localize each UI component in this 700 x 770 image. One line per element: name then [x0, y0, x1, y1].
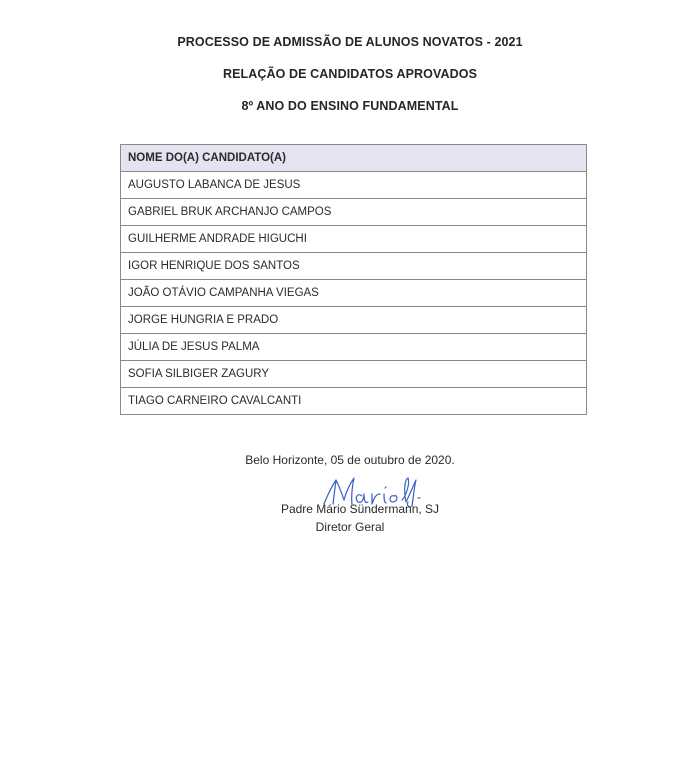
column-header-candidate-name: NOME DO(A) CANDIDATO(A) [121, 145, 587, 172]
approved-candidates-table: NOME DO(A) CANDIDATO(A) AUGUSTO LABANCA … [120, 144, 587, 415]
signer-role: Diretor Geral [0, 520, 700, 534]
table-row: JÚLIA DE JESUS PALMA [121, 334, 587, 361]
candidate-name: AUGUSTO LABANCA DE JESUS [121, 172, 587, 199]
table-row: JORGE HUNGRIA E PRADO [121, 307, 587, 334]
document-grade-level: 8º ANO DO ENSINO FUNDAMENTAL [0, 99, 700, 113]
candidate-name: GUILHERME ANDRADE HIGUCHI [121, 226, 587, 253]
document-subtitle: RELAÇÃO DE CANDIDATOS APROVADOS [0, 67, 700, 81]
table-row: GUILHERME ANDRADE HIGUCHI [121, 226, 587, 253]
table-body: AUGUSTO LABANCA DE JESUSGABRIEL BRUK ARC… [121, 172, 587, 415]
signer-name: Padre Mário Sündermann, SJ [0, 502, 700, 516]
candidate-name: TIAGO CARNEIRO CAVALCANTI [121, 388, 587, 415]
table-row: IGOR HENRIQUE DOS SANTOS [121, 253, 587, 280]
place-and-date: Belo Horizonte, 05 de outubro de 2020. [0, 453, 700, 467]
document-title: PROCESSO DE ADMISSÃO DE ALUNOS NOVATOS -… [0, 35, 700, 49]
candidate-name: JOÃO OTÁVIO CAMPANHA VIEGAS [121, 280, 587, 307]
table-row: TIAGO CARNEIRO CAVALCANTI [121, 388, 587, 415]
table-header-row: NOME DO(A) CANDIDATO(A) [121, 145, 587, 172]
candidate-name: SOFIA SILBIGER ZAGURY [121, 361, 587, 388]
candidate-name: JÚLIA DE JESUS PALMA [121, 334, 587, 361]
table-row: AUGUSTO LABANCA DE JESUS [121, 172, 587, 199]
faded-header-remnant [130, 0, 370, 4]
table-row: GABRIEL BRUK ARCHANJO CAMPOS [121, 199, 587, 226]
candidate-name: JORGE HUNGRIA E PRADO [121, 307, 587, 334]
candidate-name: GABRIEL BRUK ARCHANJO CAMPOS [121, 199, 587, 226]
table-row: JOÃO OTÁVIO CAMPANHA VIEGAS [121, 280, 587, 307]
table-row: SOFIA SILBIGER ZAGURY [121, 361, 587, 388]
candidate-name: IGOR HENRIQUE DOS SANTOS [121, 253, 587, 280]
